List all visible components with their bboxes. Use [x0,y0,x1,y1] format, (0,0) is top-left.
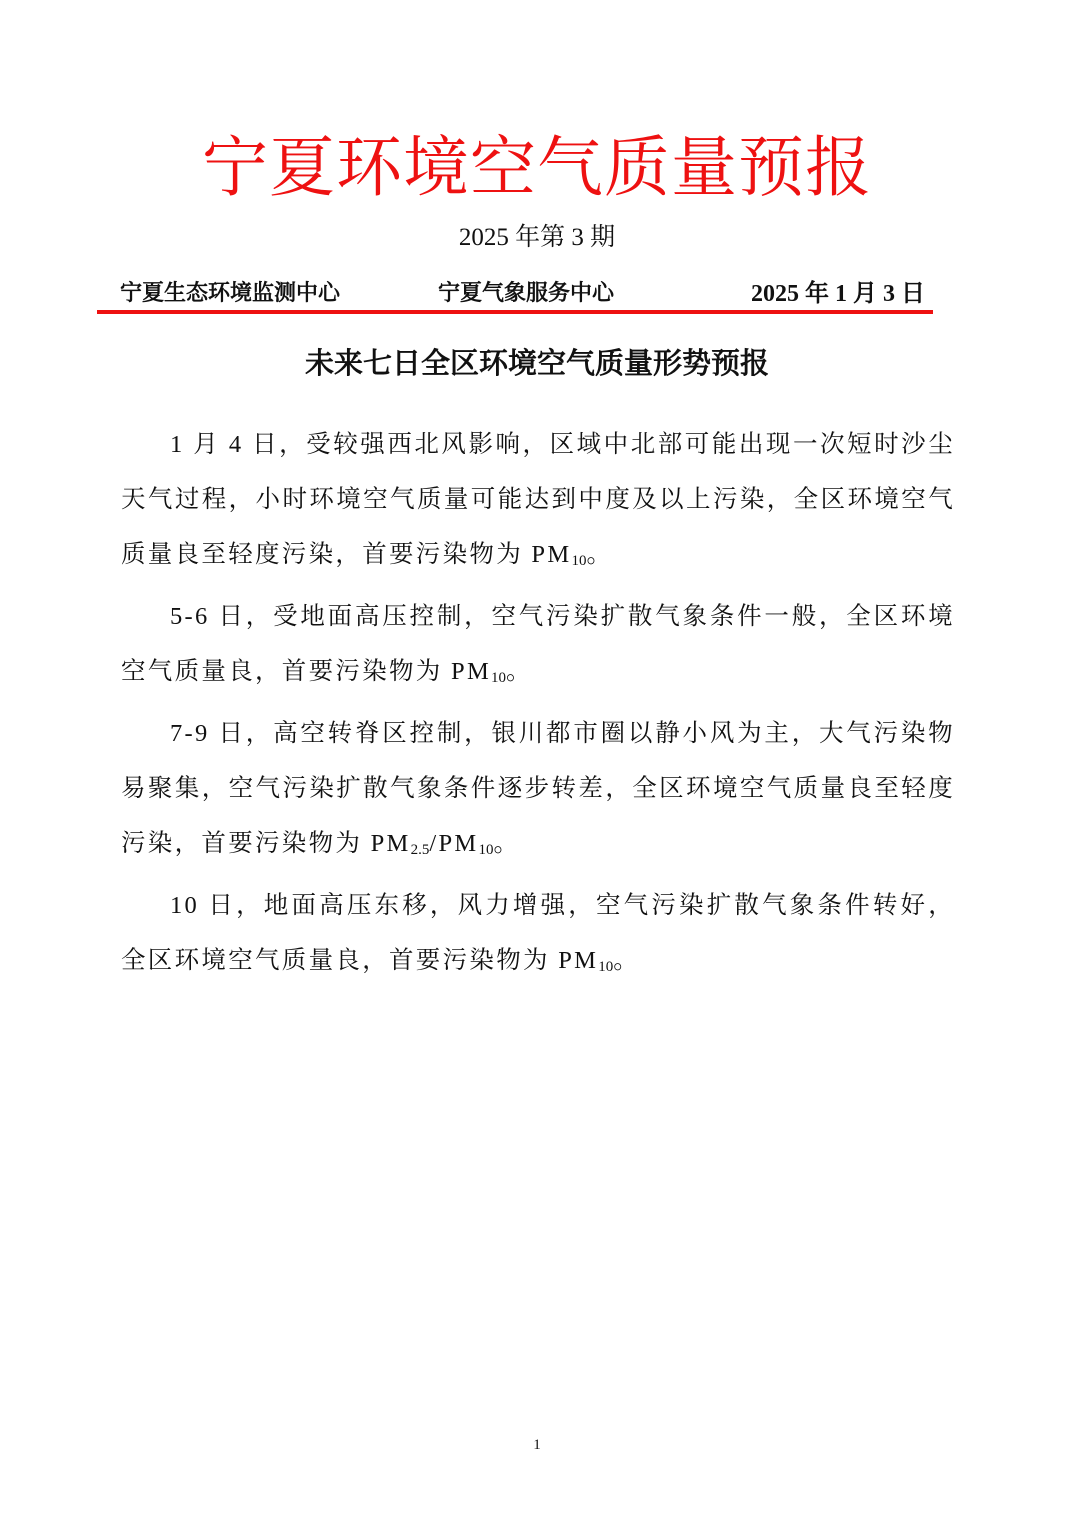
paragraph-text: 1 月 4 日，受较强西北风影响，区域中北部可能出现一次短时沙尘天气过程，小时环… [121,431,955,568]
subscript: 10 [479,842,494,858]
issuer-org-1: 宁夏生态环境监测中心 [120,279,340,309]
paragraph-text: 5-6 日，受地面高压控制，空气污染扩散气象条件一般，全区环境空气质量良，首要污… [121,603,955,685]
subscript: 10 [598,959,613,975]
paragraph-tail: 。 [494,830,521,857]
document-body: 1 月 4 日，受较强西北风影响，区域中北部可能出现一次短时沙尘天气过程，小时环… [121,417,955,995]
issuer-row: 宁夏生态环境监测中心 宁夏气象服务中心 2025 年 1 月 3 日 [120,279,925,311]
subscript: 10 [571,553,586,569]
masthead-title: 宁夏环境空气质量预报 [0,128,1074,208]
page-number: 1 [0,1437,1074,1454]
red-divider [97,310,933,314]
issue-number: 2025 年第 3 期 [0,221,1074,255]
subscript: 2.5 [411,842,430,858]
issuer-org-2: 宁夏气象服务中心 [438,279,614,309]
paragraph-tail: 。 [506,658,533,685]
paragraph-day4: 1 月 4 日，受较强西北风影响，区域中北部可能出现一次短时沙尘天气过程，小时环… [121,417,955,589]
paragraph-text: 7-9 日，高空转脊区控制，银川都市圈以静小风为主，大气污染物易聚集，空气污染扩… [121,720,955,857]
document-title: 未来七日全区环境空气质量形势预报 [0,343,1074,383]
issue-date: 2025 年 1 月 3 日 [751,279,925,309]
paragraph-tail: 。 [613,947,640,974]
paragraph-day10: 10 日，地面高压东移，风力增强，空气污染扩散气象条件转好，全区环境空气质量良，… [121,878,955,995]
paragraph-day5-6: 5-6 日，受地面高压控制，空气污染扩散气象条件一般，全区环境空气质量良，首要污… [121,589,955,706]
paragraph-text: 10 日，地面高压东移，风力增强，空气污染扩散气象条件转好，全区环境空气质量良，… [121,892,955,974]
paragraph-tail: 。 [586,541,613,568]
paragraph-mid: /PM [429,830,478,857]
paragraph-day7-9: 7-9 日，高空转脊区控制，银川都市圈以静小风为主，大气污染物易聚集，空气污染扩… [121,706,955,878]
subscript: 10 [491,670,506,686]
